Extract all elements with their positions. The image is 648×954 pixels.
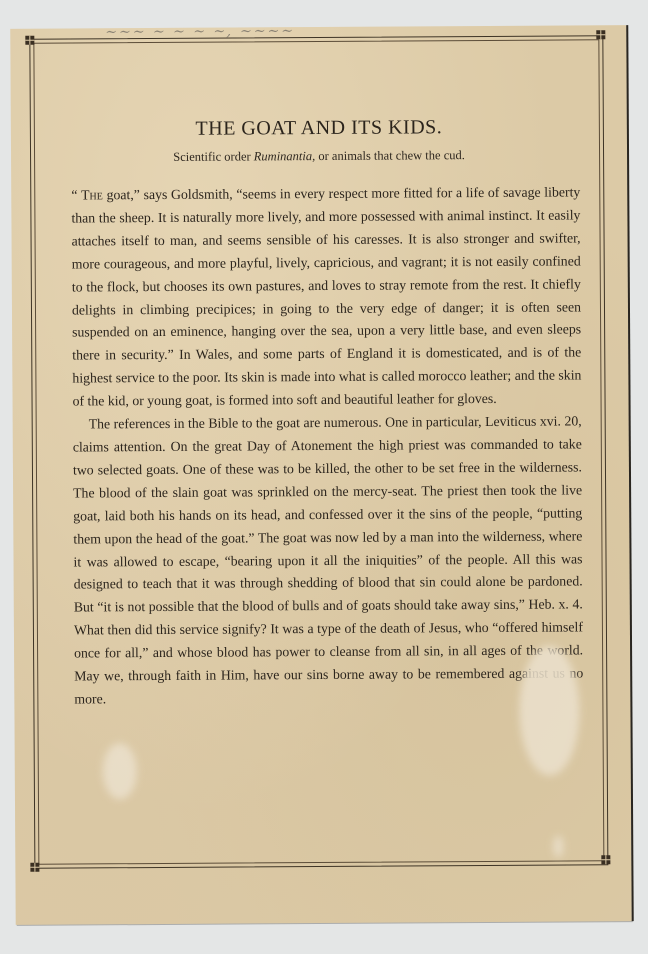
article-body: “ The goat,” says Goldsmith, “seems in e… [71, 181, 583, 711]
drop-word: The [81, 187, 103, 202]
paragraph: The references in the Bible to the goat … [73, 410, 584, 711]
corner-ornament-icon [596, 30, 605, 39]
page-title: THE GOAT AND ITS KIDS. [11, 116, 627, 143]
opening-quote: “ [71, 187, 81, 202]
subtitle-suffix: or animals that chew the cud. [315, 148, 465, 163]
paper-edge-shadow [626, 25, 633, 921]
paragraph-text: The references in the Bible to the goat … [73, 413, 583, 706]
corner-ornament-icon [601, 855, 610, 864]
subtitle-latin-name: Ruminantia, [254, 149, 316, 163]
corner-ornament-icon [25, 36, 34, 45]
corner-ornament-icon [30, 863, 39, 872]
paper-wear-mark [519, 645, 580, 775]
paragraph-text: goat,” says Goldsmith, “seems in every r… [71, 184, 581, 408]
subtitle-prefix: Scientific order [173, 149, 254, 163]
paragraph: “ The goat,” says Goldsmith, “seems in e… [71, 181, 581, 413]
paper-wear-mark [103, 743, 137, 799]
document-page: ~~~ ~ ~ ~ ~, ~~~~ THE GOAT AND ITS KIDS.… [10, 25, 631, 925]
paper-wear-mark [553, 836, 563, 858]
